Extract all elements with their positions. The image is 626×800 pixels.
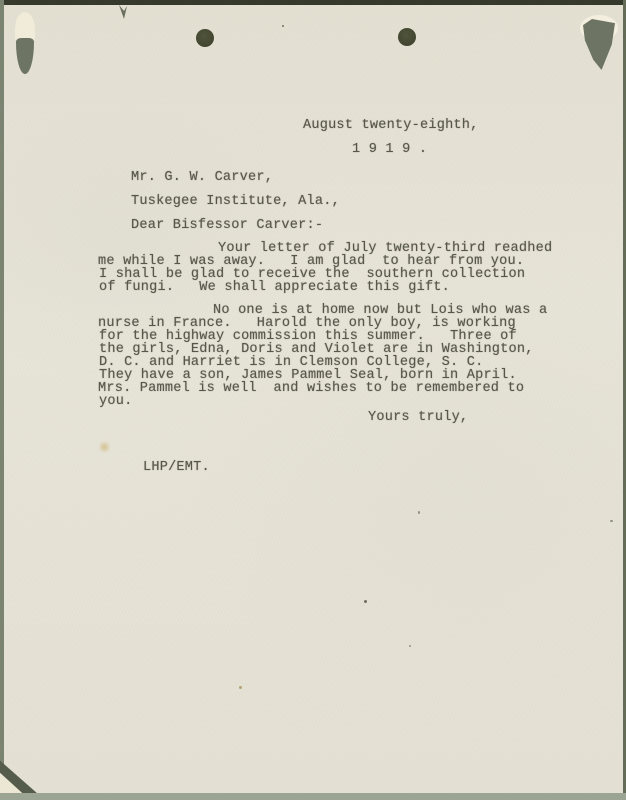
paper-speck [610,520,613,522]
paragraph2-line: you. [99,395,132,409]
mount-notch-top-right [583,19,615,70]
paper-speck [364,600,367,603]
paragraph2-line: Mrs. Pammel is well and wishes to be rem… [98,382,524,396]
punch-hole-right [398,28,416,46]
typist-initials: LHP/EMT. [143,461,210,475]
paper-speck [418,511,420,514]
scan-edge-left [0,0,4,800]
pen-mark-icon [116,3,132,23]
date-year: 1 9 1 9 . [352,143,427,157]
scan-edge-top [0,0,626,5]
paper-speck [282,25,284,27]
punch-hole-left [196,29,214,47]
paper-speck [409,645,411,647]
paper-speck [239,686,242,689]
mount-notch-shadow [16,38,34,74]
scanned-letter-page: August twenty-eighth, 1 9 1 9 . Mr. G. W… [0,0,626,800]
foxing-spot [99,440,110,454]
scan-edge-bottom [0,793,626,800]
closing: Yours truly, [368,411,468,425]
recipient-address: Tuskegee Institute, Ala., [131,195,340,209]
paragraph1-line: of fungi. We shall appreciate this gift. [99,281,450,295]
recipient-name: Mr. G. W. Carver, [131,171,273,185]
salutation: Dear Bisfessor Carver:- [131,219,323,233]
mount-notch-top-left [14,12,38,74]
date-line: August twenty-eighth, [303,119,479,133]
